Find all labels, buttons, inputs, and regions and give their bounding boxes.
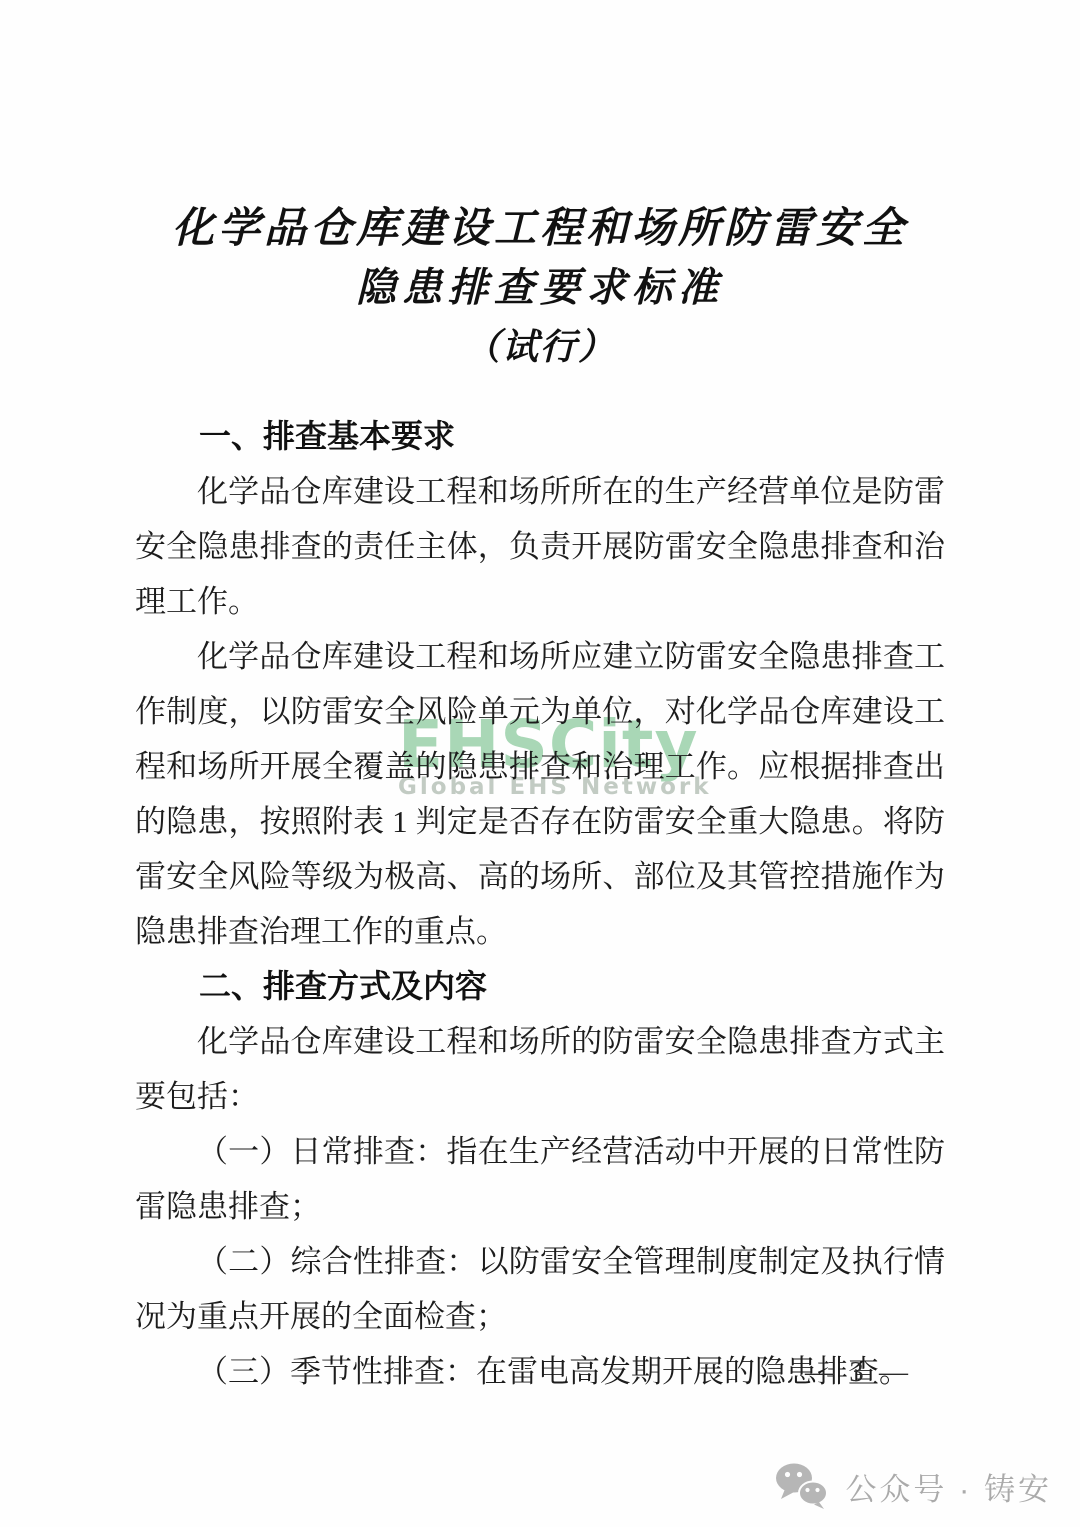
title-line-1: 化学品仓库建设工程和场所防雷安全 [0, 198, 1080, 258]
document-title: 化学品仓库建设工程和场所防雷安全 隐患排查要求标准 （试行） [0, 198, 1080, 376]
section-1-heading: 一、排查基本要求 [135, 409, 945, 464]
title-line-3: （试行） [0, 318, 1080, 376]
section-1-paragraph-2: 化学品仓库建设工程和场所应建立防雷安全隐患排查工作制度，以防雷安全风险单元为单位… [135, 629, 945, 959]
wechat-icon [773, 1462, 831, 1510]
section-2-paragraph-intro: 化学品仓库建设工程和场所的防雷安全隐患排查方式主要包括： [135, 1014, 945, 1124]
section-2-heading: 二、排查方式及内容 [135, 959, 945, 1014]
title-line-2: 隐患排查要求标准 [0, 258, 1080, 318]
document-page: EHSCity Global EHS Network 化学品仓库建设工程和场所防… [0, 0, 1080, 1527]
section-1-paragraph-1: 化学品仓库建设工程和场所所在的生产经营单位是防雷安全隐患排查的责任主体，负责开展… [135, 464, 945, 629]
wechat-badge-label: 公众号 · 铸安 [845, 1464, 1052, 1509]
document-body: 一、排查基本要求 化学品仓库建设工程和场所所在的生产经营单位是防雷安全隐患排查的… [135, 409, 945, 1399]
page-number: — 3 — [805, 1356, 912, 1389]
wechat-badge: 公众号 · 铸安 [773, 1462, 1052, 1510]
section-2-item-1: （一）日常排查：指在生产经营活动中开展的日常性防雷隐患排查； [135, 1124, 945, 1234]
section-2-item-2: （二）综合性排查：以防雷安全管理制度制定及执行情况为重点开展的全面检查； [135, 1234, 945, 1344]
